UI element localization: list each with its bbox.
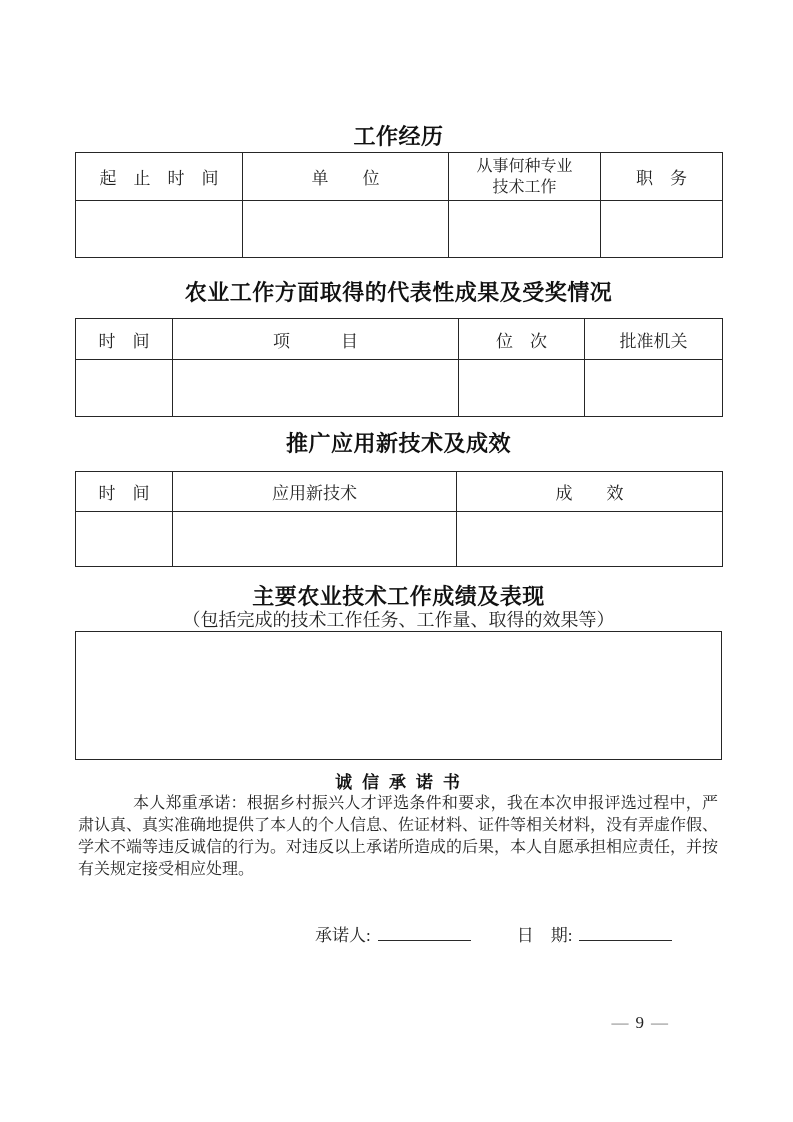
achievements-title: 农业工作方面取得的代表性成果及受奖情况 <box>75 282 722 306</box>
header-cell-professional-work-label: 从事何种专业 技术工作 <box>476 156 572 198</box>
integrity-pledge-body: 本人郑重承诺：根据乡村振兴人才评选条件和要求，我在本次申报评选过程中，严肃认真、… <box>78 793 718 881</box>
promisor-blank-line[interactable] <box>378 925 471 941</box>
table-header-row: 时 间 项 目 位 次 批准机关 <box>76 319 723 360</box>
header-cell-rank: 位 次 <box>459 319 585 360</box>
integrity-pledge-title: 诚 信 承 诺 书 <box>75 773 722 793</box>
main-performance-title: 主要农业技术工作成绩及表现 <box>75 586 722 610</box>
empty-cell-effect[interactable] <box>457 512 723 567</box>
table-header-row: 时 间 应用新技术 成 效 <box>76 472 723 512</box>
empty-cell-project[interactable] <box>173 360 459 417</box>
table-row <box>76 201 723 258</box>
empty-cell-applied-technology[interactable] <box>173 512 457 567</box>
header-cell-project: 项 目 <box>173 319 459 360</box>
date-label: 日 期: <box>517 926 573 945</box>
header-cell-approving-authority: 批准机关 <box>585 319 723 360</box>
empty-cell-position[interactable] <box>601 201 723 258</box>
header-cell-time: 时 间 <box>76 472 173 512</box>
achievements-table: 时 间 项 目 位 次 批准机关 <box>75 318 723 417</box>
header-cell-unit: 单 位 <box>243 153 449 201</box>
tech-promotion-table: 时 间 应用新技术 成 效 <box>75 471 723 567</box>
empty-cell-approving-authority[interactable] <box>585 360 723 417</box>
table-header-row: 起 止 时 间 单 位 从事何种专业 技术工作 职 务 <box>76 153 723 201</box>
page-content: 工作经历 起 止 时 间 单 位 从事何种专业 技术工作 职 务 农业工作方面取… <box>75 0 722 947</box>
empty-cell-professional-work[interactable] <box>449 201 601 258</box>
header-cell-professional-work: 从事何种专业 技术工作 <box>449 153 601 201</box>
work-experience-title: 工作经历 <box>75 126 722 150</box>
header-cell-start-end-time: 起 止 时 间 <box>76 153 243 201</box>
empty-cell-time[interactable] <box>76 360 173 417</box>
header-cell-effect: 成 效 <box>457 472 723 512</box>
promisor-label: 承诺人: <box>315 926 371 945</box>
empty-cell-start-end-time[interactable] <box>76 201 243 258</box>
header-cell-position: 职 务 <box>601 153 723 201</box>
date-blank-line[interactable] <box>579 925 672 941</box>
work-experience-table: 起 止 时 间 单 位 从事何种专业 技术工作 职 务 <box>75 152 723 258</box>
page-number-left-dash: — <box>606 1013 636 1032</box>
tech-promotion-title: 推广应用新技术及成效 <box>75 433 722 457</box>
empty-cell-unit[interactable] <box>243 201 449 258</box>
main-performance-input-box[interactable] <box>75 631 722 760</box>
document-page: 工作经历 起 止 时 间 单 位 从事何种专业 技术工作 职 务 农业工作方面取… <box>0 0 793 1122</box>
header-cell-applied-technology: 应用新技术 <box>173 472 457 512</box>
page-number-value: 9 <box>636 1013 646 1032</box>
main-performance-subtitle: （包括完成的技术工作任务、工作量、取得的效果等） <box>75 610 722 631</box>
header-cell-time: 时 间 <box>76 319 173 360</box>
page-number: —9— <box>606 1012 676 1034</box>
table-row <box>76 360 723 417</box>
empty-cell-rank[interactable] <box>459 360 585 417</box>
table-row <box>76 512 723 567</box>
signature-row: 承诺人:日 期: <box>315 925 722 947</box>
empty-cell-time[interactable] <box>76 512 173 567</box>
page-number-right-dash: — <box>645 1013 675 1032</box>
